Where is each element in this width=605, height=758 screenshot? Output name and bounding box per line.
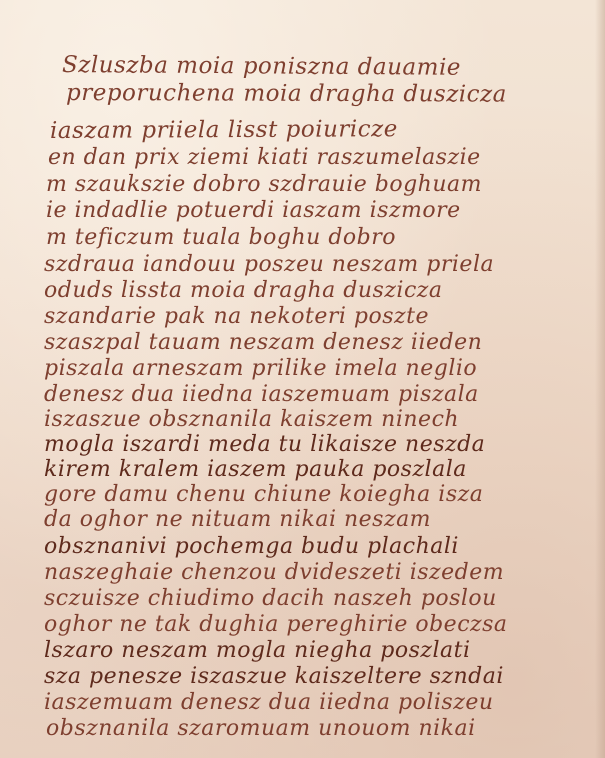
manuscript-line-6: ie indadlie potuerdi iaszam iszmore xyxy=(46,198,461,223)
manuscript-line-1: Szluszba moia poniszna dauamie xyxy=(62,52,461,81)
manuscript-line-21: sczuisze chiudimo dacih naszeh poslou xyxy=(44,586,497,611)
manuscript-line-10: szandarie pak na nekoteri poszte xyxy=(44,304,429,329)
manuscript-line-14: iszaszue obsznanila kaiszem ninech xyxy=(44,407,459,432)
manuscript-line-3: iaszam priiela lisst poiuricze xyxy=(50,116,398,144)
manuscript-line-12: piszala arneszam prilike imela neglio xyxy=(44,356,477,381)
manuscript-line-25: iaszemuam denesz dua iiedna poliszeu xyxy=(44,690,494,715)
manuscript-line-22: oghor ne tak dughia pereghirie obeczsa xyxy=(44,612,508,637)
manuscript-line-9: oduds lissta moia dragha duszicza xyxy=(44,278,443,303)
manuscript-page: Szluszba moia poniszna dauamie preporuch… xyxy=(0,0,605,758)
manuscript-line-13: denesz dua iiedna iaszemuam piszala xyxy=(44,382,479,407)
manuscript-line-24: sza penesze iszaszue kaiszeltere szndai xyxy=(44,664,504,689)
page-edge xyxy=(595,0,605,758)
manuscript-line-4: en dan prix ziemi kiati raszumelaszie xyxy=(48,145,481,170)
manuscript-line-20: naszeghaie chenzou dvideszeti iszedem xyxy=(44,560,504,585)
manuscript-line-8: szdraua iandouu poszeu neszam priela xyxy=(44,252,494,277)
manuscript-line-15: mogla iszardi meda tu likaisze neszda xyxy=(44,432,485,457)
manuscript-line-23: lszaro neszam mogla niegha poszlati xyxy=(44,638,471,663)
manuscript-line-18: da oghor ne nituam nikai neszam xyxy=(44,507,431,532)
manuscript-line-5: m szaukszie dobro szdrauie boghuam xyxy=(46,172,482,197)
manuscript-line-19: obsznanivi pochemga budu plachali xyxy=(44,534,459,559)
manuscript-line-2: preporuchena moia dragha duszicza xyxy=(66,80,507,108)
manuscript-line-17: gore damu chenu chiune koiegha isza xyxy=(44,482,483,507)
manuscript-line-11: szaszpal tauam neszam denesz iieden xyxy=(44,330,482,355)
manuscript-line-26: obsznanila szaromuam unouom nikai xyxy=(46,716,476,741)
manuscript-line-16: kirem kralem iaszem pauka poszlala xyxy=(44,457,467,482)
manuscript-line-7: m teficzum tuala boghu dobro xyxy=(46,225,396,250)
